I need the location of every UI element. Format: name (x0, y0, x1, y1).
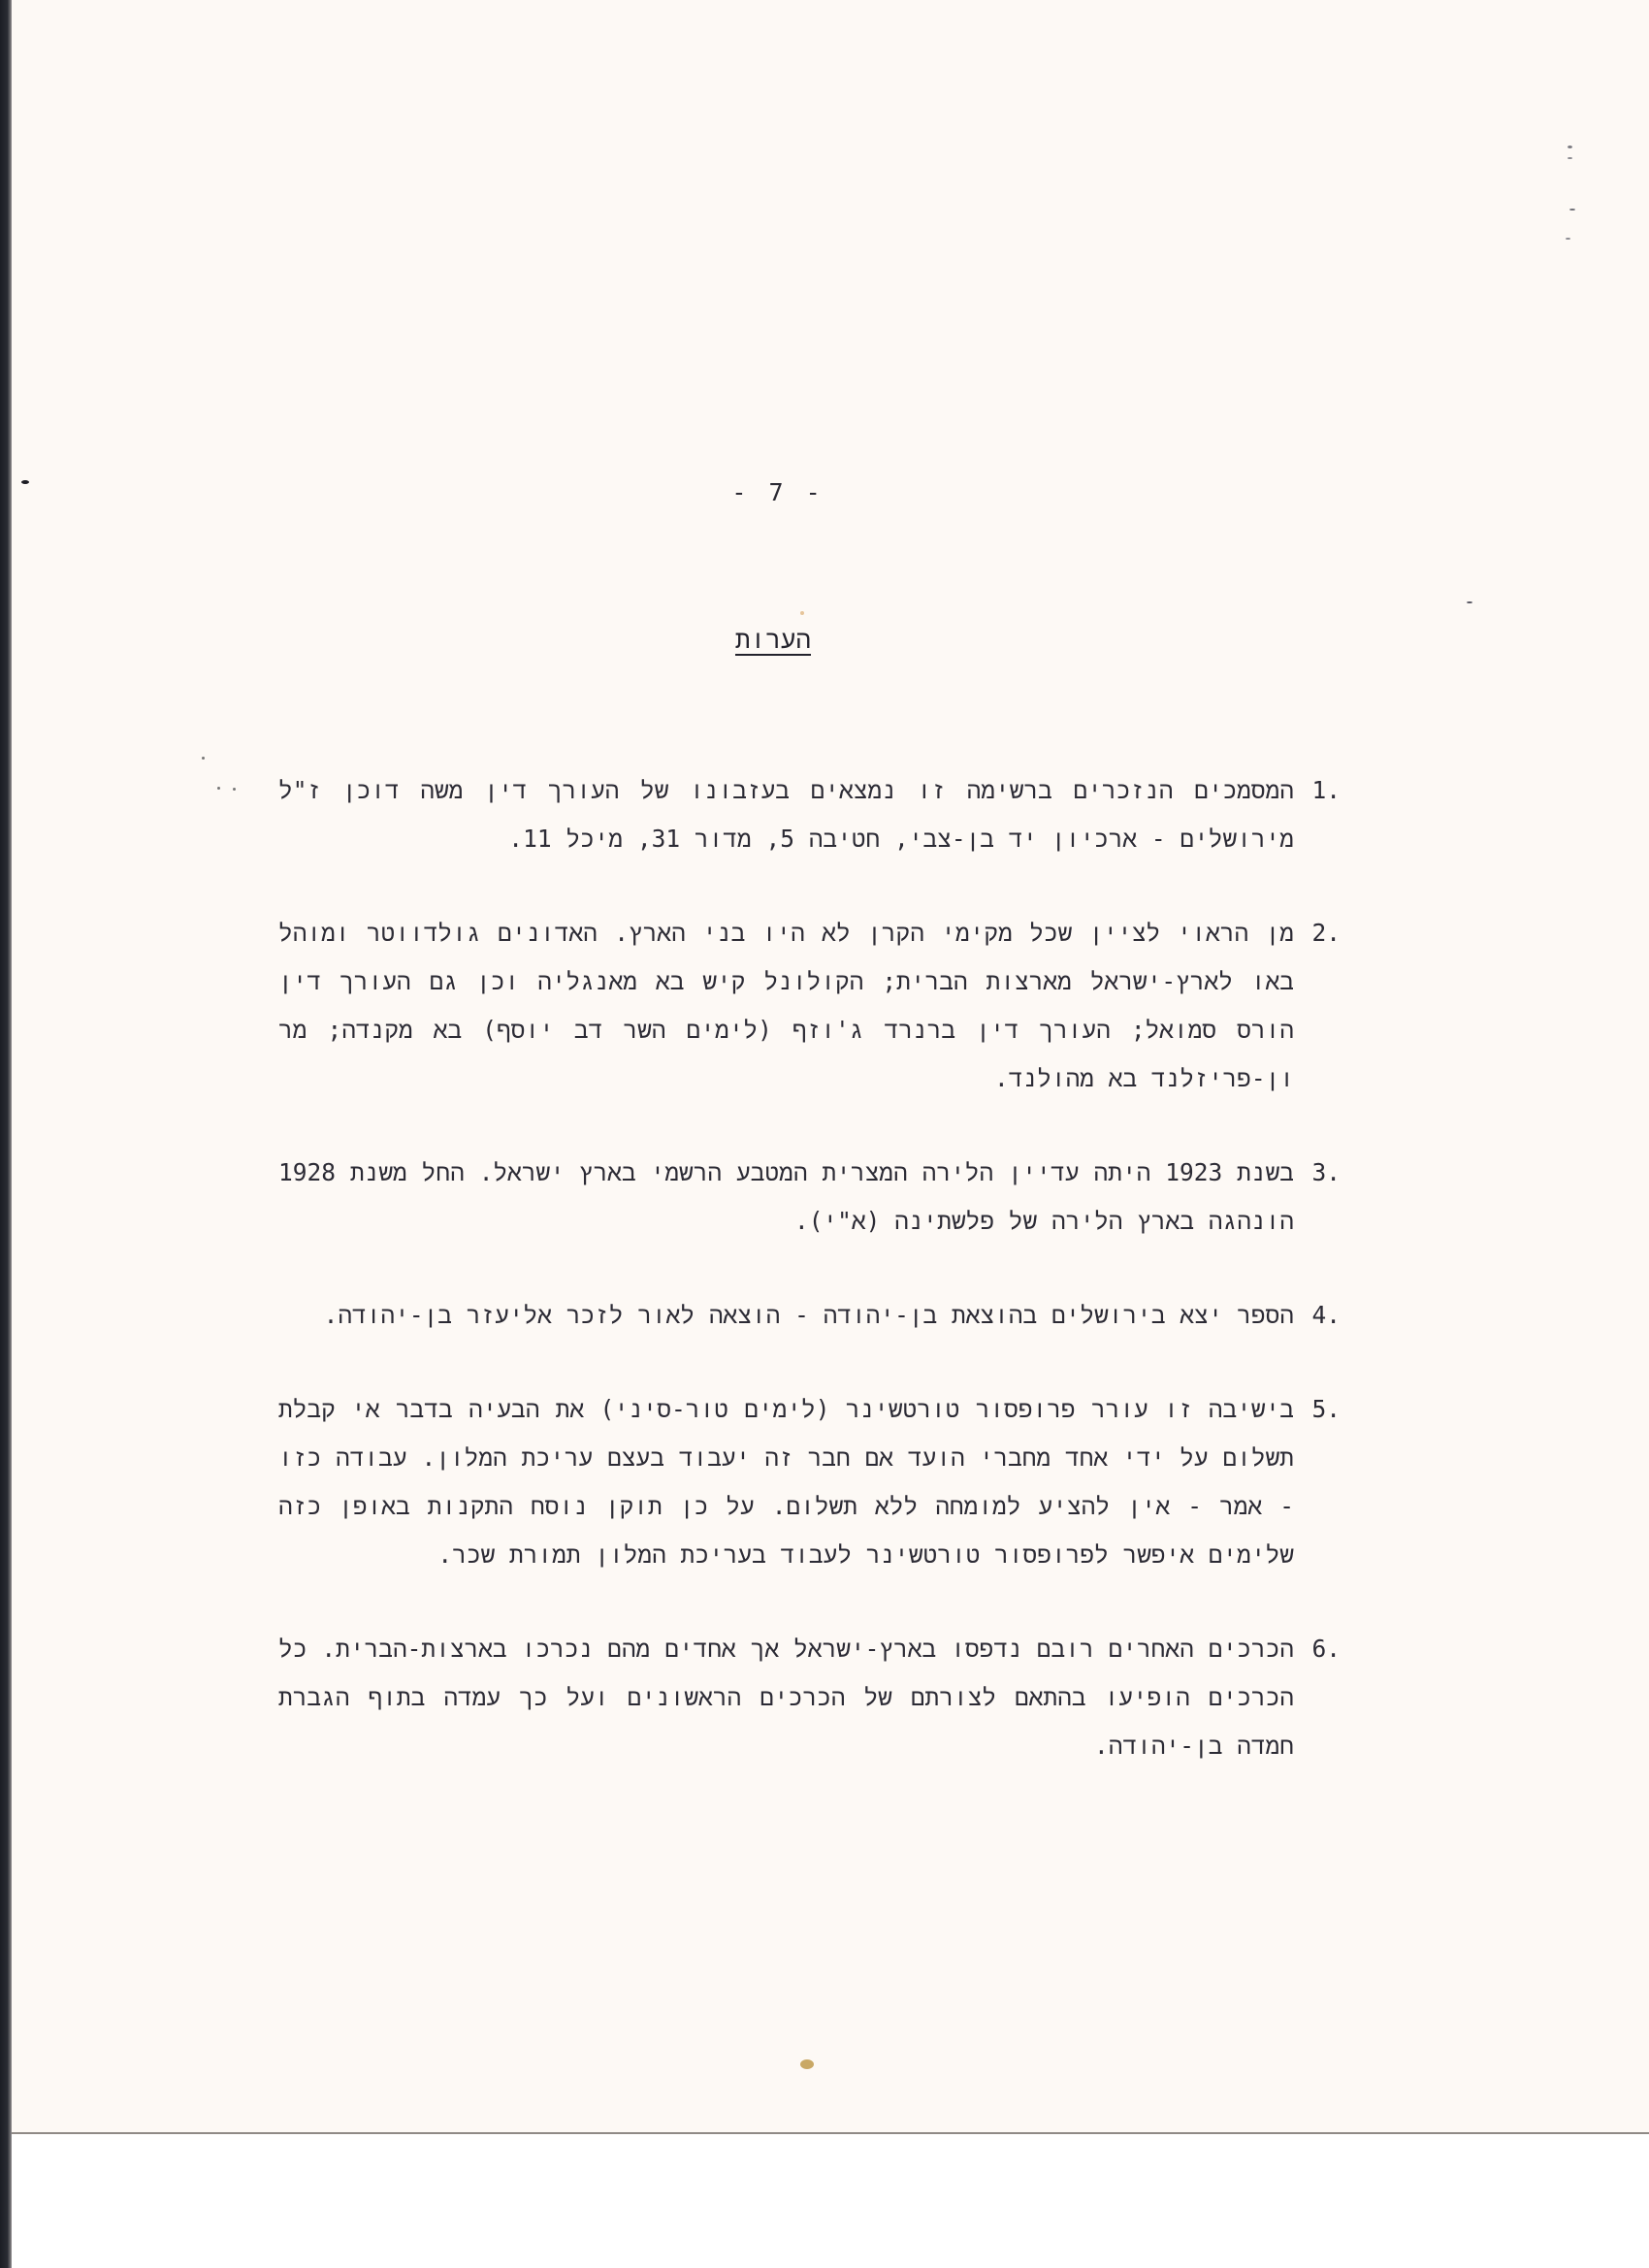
note-item: 1. המסמכים הנזכרים ברשימה זו נמצאים בעזב… (278, 766, 1341, 863)
ink-speck (1467, 601, 1472, 603)
note-text: הכרכים האחרים רובם נדפסו בארץ-ישראל אך א… (278, 1625, 1294, 1770)
ink-speck (1566, 238, 1570, 240)
ink-speck (1569, 209, 1575, 211)
ink-speck (21, 480, 29, 484)
section-title: הערות (725, 626, 822, 656)
note-item: 5. בישיבה זו עורר פרופסור טורטשינר (לימי… (278, 1385, 1341, 1579)
scanned-page: - 7 - הערות 1. המסמכים הנזכרים ברשימה זו… (12, 0, 1649, 2134)
note-number: 4. (1311, 1291, 1341, 1340)
note-number: 2. (1311, 909, 1341, 957)
note-item: 2. מן הראוי לציין שכל מקימי הקרן לא היו … (278, 909, 1341, 1103)
note-number: 1. (1311, 766, 1341, 815)
note-text: בשנת 1923 היתה עדיין הלירה המצרית המטבע … (278, 1149, 1294, 1246)
note-text: הספר יצא בירושלים בהוצאת בן-יהודה - הוצא… (278, 1291, 1294, 1340)
ink-speck (1568, 157, 1572, 159)
ink-speck (217, 787, 220, 790)
stain-spot (800, 2059, 814, 2069)
scan-background (12, 2134, 1649, 2268)
note-number: 6. (1311, 1625, 1341, 1673)
ink-speck (202, 757, 205, 760)
note-item: 3. בשנת 1923 היתה עדיין הלירה המצרית המט… (278, 1149, 1341, 1246)
ink-speck (1568, 146, 1572, 148)
notes-list: 1. המסמכים הנזכרים ברשימה זו נמצאים בעזב… (278, 766, 1341, 1816)
page-number: - 7 - (729, 478, 826, 506)
note-item: 4. הספר יצא בירושלים בהוצאת בן-יהודה - ה… (278, 1291, 1341, 1340)
note-number: 5. (1311, 1385, 1341, 1434)
ink-speck (233, 788, 236, 791)
note-number: 3. (1311, 1149, 1341, 1197)
note-text: מן הראוי לציין שכל מקימי הקרן לא היו בני… (278, 909, 1294, 1103)
note-text: בישיבה זו עורר פרופסור טורטשינר (לימים ט… (278, 1385, 1294, 1579)
note-text: המסמכים הנזכרים ברשימה זו נמצאים בעזבונו… (278, 766, 1294, 863)
stain-spot (800, 611, 804, 615)
note-item: 6. הכרכים האחרים רובם נדפסו בארץ-ישראל א… (278, 1625, 1341, 1770)
